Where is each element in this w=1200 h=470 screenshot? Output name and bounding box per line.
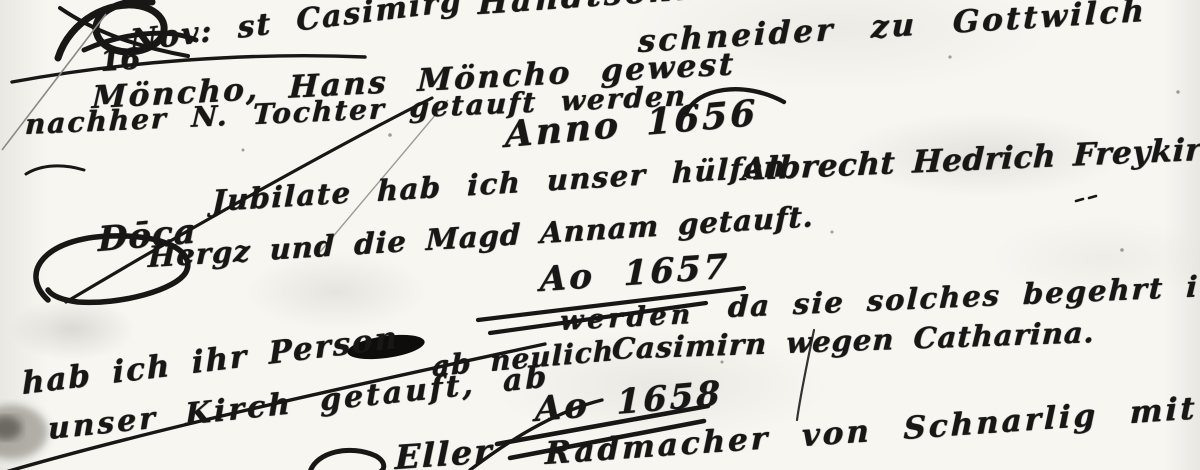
margin-dash [26, 166, 84, 174]
bottom-round-flourish [310, 450, 384, 470]
manuscript-page: Nov: st Casimirg Handtsohn st schneider … [0, 0, 1200, 470]
margin-number: 16 [99, 41, 142, 78]
hw-line-bottom-cut: Eller [395, 431, 494, 470]
ink-dots-after-freykirch [1076, 196, 1096, 201]
